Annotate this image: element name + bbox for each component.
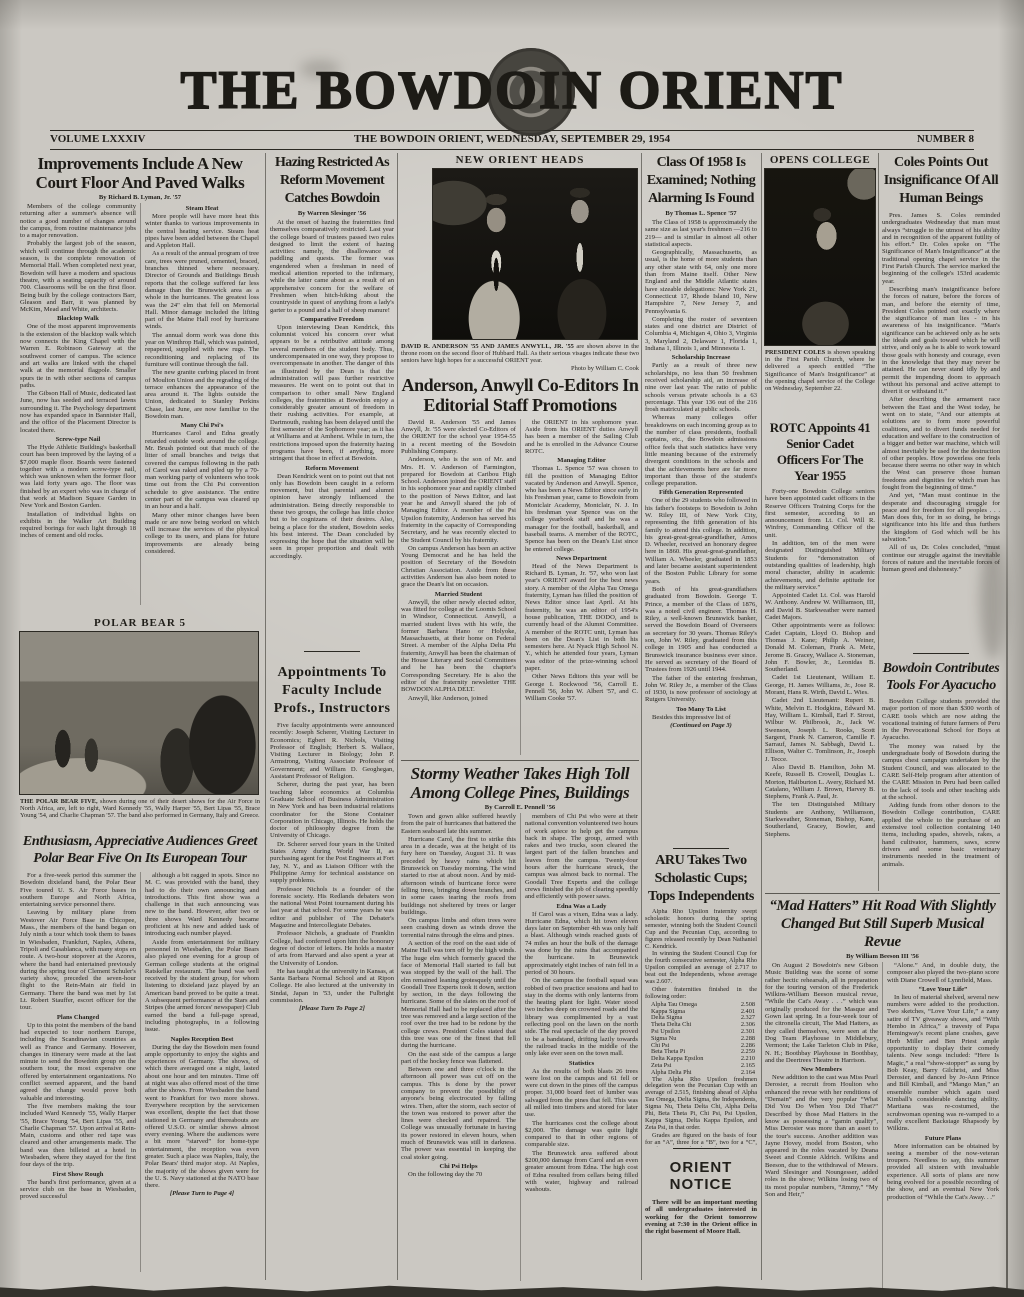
photo-label: OPENS COLLEGE	[765, 154, 875, 166]
article-paragraph: During the day the Bowdoin men found amp…	[145, 1044, 259, 1190]
article-subhead: Many Chi Psi's	[145, 422, 259, 429]
article-paragraph: Scherer, during the past year, has been …	[270, 781, 394, 839]
article-paragraph: Geographically, Massachusetts, as usual,…	[645, 249, 757, 315]
article-paragraph: If Carol was a vixen, Edna was a lady. H…	[525, 911, 638, 977]
caption-text: is shown speaking in the First Parish Ch…	[765, 349, 875, 392]
article-subhead: “Love Your Life”	[887, 986, 999, 993]
article-paragraph: Pres. James S. Coles reminded undergradu…	[882, 212, 1000, 285]
article-paragraph: The band's first performance, given at a…	[20, 1179, 136, 1201]
article-ayacucho: Bowdoin Contributes Tools For Ayacucho B…	[882, 660, 1000, 894]
article-paragraph: In winning the Student Council Cup for t…	[645, 951, 757, 986]
article-paragraph: Anderson, who is the son of Mr. and Mrs.…	[401, 456, 516, 544]
article-paragraph: Partly as a result of three new scholars…	[645, 362, 757, 413]
article-paragraph: The new granite curbing placed in front …	[145, 369, 259, 420]
article-paragraph: On the following day the 70	[401, 1171, 516, 1178]
article-paragraph: Professor Nichols is a founder of the fo…	[270, 886, 394, 930]
article-paragraph: Town and gown alike suffered heavily fro…	[401, 813, 516, 835]
article-paragraph: The five members making the tour include…	[20, 1103, 136, 1169]
article-paragraph: Many other minor changes have been made …	[145, 512, 259, 556]
article-column: Steam HeatMore people will have more hea…	[140, 203, 259, 605]
opens-college-block: OPENS COLLEGE PRESIDENT COLES is shown s…	[765, 154, 875, 392]
article-byline: By William Beeson III '56	[765, 953, 1000, 960]
article-byline: By Thomas L. Spence '57	[645, 210, 757, 217]
article-paragraph: The father of the entering freshman, Joh…	[645, 675, 757, 704]
photo-label: POLAR BEAR 5	[20, 617, 260, 629]
section-divider	[913, 653, 969, 654]
article-column: “Alone.” And, in double duty, the compos…	[882, 962, 999, 1297]
section-divider	[673, 848, 729, 849]
article-subhead: News Department	[525, 555, 638, 562]
article-headline: Class Of 1958 Is Examined; Nothing Alarm…	[645, 154, 757, 208]
article-paragraph: the ORIENT in his sophomore year. Aside …	[525, 419, 638, 455]
article-column: Alpha Rho Upsilon fraternity swept schol…	[645, 909, 757, 1147]
article-paragraph: Also David B. Hamilton, John M. Keefe, R…	[765, 764, 875, 800]
article-paragraph: Between one and three o'clock in the aft…	[401, 1066, 516, 1161]
article-paragraph: Dr. Scherer served four years in the Uni…	[270, 841, 394, 885]
article-paragraph: One of the most apparent improvements is…	[20, 323, 136, 389]
article-subhead: Steam Heat	[145, 205, 259, 212]
article-paragraph: The annual dorm work was done this year …	[145, 332, 259, 368]
article-paragraph: Head of the News Department is Richard B…	[525, 563, 638, 672]
article-paragraph: The Class of 1958 is approximately the s…	[645, 219, 757, 248]
column-rule	[761, 153, 762, 1280]
article-paragraph: Members of the college community returni…	[20, 203, 136, 239]
article-paragraph: Probably the largest job of the season, …	[20, 240, 136, 313]
article-column: Bowdoin College students provided the ma…	[882, 698, 1000, 894]
section-divider	[401, 760, 639, 761]
article-aru-cups: ARU Takes Two Scholastic Cups; Tops Inde…	[645, 848, 757, 1147]
article-paragraph: On August 2 Bowdoin's new Gibson Music B…	[765, 962, 878, 1064]
article-subhead: Married Student	[401, 591, 516, 598]
article-subhead: Future Plans	[887, 1135, 999, 1142]
article-subhead: Chi Psi Helps	[401, 1163, 516, 1170]
article-paragraph: The Gibson Hall of Music, dedicated last…	[20, 390, 136, 434]
photo-caption: DAVID R. ANDERSON '55 AND JAMES ANWYLL, …	[401, 343, 639, 372]
article-subhead: Scholarship Increase	[645, 354, 757, 361]
article-subhead: Naples Reception Best	[145, 1036, 259, 1043]
article-paragraph: The Alpha Rho Upsilon freshmen delegatio…	[645, 1077, 757, 1132]
article-paragraph: Bowdoin College students provided the ma…	[882, 698, 1000, 742]
article-paragraph: Both of his great-grandfathers graduated…	[645, 586, 757, 674]
article-paragraph: Adding funds from other donors to the Bo…	[882, 802, 1000, 868]
article-paragraph: although a bit ragged in spots. Since no…	[145, 872, 259, 938]
article-paragraph: David R. Anderson '55 and James Anwyll, …	[401, 419, 516, 455]
photo-credit: Photo by William C. Cook	[401, 365, 639, 372]
article-subhead: Too Many To List	[645, 706, 757, 713]
article-headline: Anderson, Anwyll Co-Editors In Editorial…	[401, 375, 639, 415]
article-improvements: Improvements Include A New Court Floor A…	[20, 154, 260, 605]
article-column: Five faculty appointments were announced…	[270, 722, 394, 1274]
article-paragraph: As a result of the annual program of tre…	[145, 250, 259, 330]
article-subhead: Edna Was a Lady	[525, 903, 638, 910]
continuation-line: [Please Turn to Page 4]	[145, 1190, 259, 1197]
article-paragraph: Completing the roster of seventeen state…	[645, 316, 757, 352]
article-paragraph: On campus limbs and often trees were see…	[401, 917, 516, 939]
article-paragraph: Appointed Cadet Lt. Col. was Harold W. A…	[765, 592, 875, 621]
article-paragraph: Whereas many colleges offer breakdowns o…	[645, 414, 757, 487]
caption-lead: PRESIDENT COLES	[765, 349, 825, 356]
article-column: members of Chi Psi who were at their nat…	[520, 813, 638, 1281]
article-paragraph: There will be an important meeting of al…	[645, 1199, 757, 1235]
article-byline: By Warren Slesinger '56	[270, 210, 394, 217]
paper-crease	[1006, 430, 1008, 1297]
article-paragraph: On the campus the football squad was rob…	[525, 977, 638, 1057]
article-mad-hatters: “Mad Hatters” Hit Road With Slightly Cha…	[765, 893, 1000, 1297]
paper-stain	[980, 540, 1006, 660]
article-stormy-weather: Stormy Weather Takes High Toll Among Col…	[401, 760, 639, 1281]
article-paragraph: Upon interviewing Dean Kendrick, this co…	[270, 324, 394, 463]
dateline-bar: VOLUME LXXXIV THE BOWDOIN ORIENT, WEDNES…	[50, 133, 974, 145]
polar-bear-five-photo	[20, 632, 258, 794]
article-headline: Bowdoin Contributes Tools For Ayacucho	[882, 660, 1000, 694]
column-rule	[265, 153, 266, 1280]
article-paragraph: On campus Anderson has been an active Yo…	[401, 545, 516, 589]
article-paragraph: members of Chi Psi who were at their nat…	[525, 813, 638, 901]
article-paragraph: Alpha Rho Upsilon fraternity swept schol…	[645, 909, 757, 950]
notice-body: There will be an important meeting of al…	[645, 1199, 757, 1269]
article-paragraph: Dean Kendrick went on to point out that …	[270, 473, 394, 561]
article-subhead: Fifth Generation Represented	[645, 489, 757, 496]
article-subhead: Plans Changed	[20, 1014, 136, 1021]
article-column: At the onset of hazing the fraternities …	[270, 219, 394, 647]
section-divider	[304, 651, 360, 652]
article-headline: Coles Points Out Insignificance Of All H…	[882, 154, 1000, 208]
article-paragraph: Other fraternities finished in the follo…	[645, 987, 757, 1001]
article-paragraph: New addition to the cast was Miss Pearl …	[765, 1074, 878, 1198]
article-paragraph: Cadet 2nd Lieutenant: Rupert B. White, M…	[765, 697, 875, 763]
article-subhead: Blacktop Walk	[20, 315, 136, 322]
article-subhead: Screw-type Nail	[20, 436, 136, 443]
article-paragraph: Forty-one Bowdoin College seniors have b…	[765, 488, 875, 539]
article-paragraph: As the results of both blasts 26 trees w…	[525, 1068, 638, 1119]
article-paragraph: He has taught at the university in Kansa…	[270, 968, 394, 1004]
article-headline: ARU Takes Two Scholastic Cups; Tops Inde…	[645, 852, 757, 906]
article-paragraph: The Hyde Athletic Building's basketball …	[20, 444, 136, 510]
article-column: Town and gown alike suffered heavily fro…	[401, 813, 516, 1281]
article-paragraph: “Alone.” And, in double duty, the compos…	[887, 962, 999, 984]
section-divider	[765, 893, 1000, 894]
article-paragraph: In addition, ten of the men were designa…	[765, 540, 875, 591]
article-paragraph: Besides this impressive list of	[645, 714, 757, 721]
article-column: Forty-one Bowdoin College seniors have b…	[765, 488, 875, 900]
column-rule	[878, 153, 879, 891]
article-paragraph: Hurricane Carol, the first to strike thi…	[401, 836, 516, 916]
article-paragraph: The hurricanes cost the college about $2…	[525, 1120, 638, 1149]
continuation-line: (Continued on Page 3)	[645, 722, 757, 729]
article-paragraph: Anwyll, the other newly elected editor, …	[401, 599, 516, 694]
caption-lead: DAVID R. ANDERSON '55 AND JAMES ANWYLL, …	[401, 343, 574, 350]
article-column: For a five-week period this summer the B…	[20, 872, 136, 1272]
article-rotc: ROTC Appoints 41 Senior Cadet Officers F…	[765, 420, 875, 900]
article-paragraph: More people will have more heat this win…	[145, 213, 259, 249]
article-paragraph: Aside from entertainment for military pe…	[145, 939, 259, 1034]
article-paragraph: Other News Editors this year will be Geo…	[525, 673, 638, 702]
article-paragraph: At the onset of hazing the fraternities …	[270, 219, 394, 314]
article-paragraph: More information can be obtained by seei…	[887, 1143, 999, 1201]
article-paragraph: The Brunswick area suffered about $200,0…	[525, 1150, 638, 1194]
column-rule	[641, 153, 642, 1280]
article-headline: “Mad Hatters” Hit Road With Slightly Cha…	[765, 897, 1000, 951]
photo-caption: PRESIDENT COLES is shown speaking in the…	[765, 349, 875, 392]
article-paragraph: Professor Nichols, a graduate of Frankli…	[270, 930, 394, 966]
article-paragraph: Anwyll, like Anderson, joined	[401, 695, 516, 702]
new-orient-heads-photo	[433, 169, 637, 339]
article-paragraph: The ten Distinguished Military Students …	[765, 801, 875, 837]
article-column: the ORIENT in his sophomore year. Aside …	[520, 419, 638, 755]
article-paragraph: Other appointments were as follows: Cade…	[765, 622, 875, 673]
article-subhead: Comparative Freedom	[270, 316, 394, 323]
column-rule	[397, 153, 398, 1280]
caption-lead: THE POLAR BEAR FIVE,	[20, 798, 98, 805]
newspaper-title: THE BOWDOIN ORIENT	[0, 62, 1024, 118]
section-divider	[673, 1148, 729, 1149]
article-paragraph: For a five-week period this summer the B…	[20, 872, 136, 908]
orient-notice: ORIENT NOTICE There will be an important…	[645, 1148, 757, 1269]
article-paragraph: And yet, “Man must continue in the despe…	[882, 492, 1000, 543]
article-subhead: First Show Rough	[20, 1171, 136, 1178]
article-paragraph: Installation of individual lights on exh…	[20, 511, 136, 540]
article-headline: Hazing Restricted As Reform Movement Cat…	[270, 154, 394, 208]
article-paragraph: One of the 29 students who followed in h…	[645, 497, 757, 585]
article-headline: Enthusiasm, Appreciative Audiences Greet…	[20, 833, 260, 867]
photo-label: NEW ORIENT HEADS	[401, 154, 639, 166]
notice-headline: ORIENT NOTICE	[645, 1159, 757, 1193]
article-anderson-anwyll: NEW ORIENT HEADS DAVID R. ANDERSON '55 A…	[401, 154, 639, 755]
photo-caption: THE POLAR BEAR FIVE, shown during one of…	[20, 798, 260, 820]
article-column: Members of the college community returni…	[20, 203, 136, 605]
article-subhead: Managing Editor	[525, 457, 638, 464]
newspaper-front-page: THE BOWDOIN ORIENT VOLUME LXXXIV THE BOW…	[0, 0, 1024, 1297]
article-subhead: New Members	[765, 1066, 878, 1073]
article-column: On August 2 Bowdoin's new Gibson Music B…	[765, 962, 878, 1297]
president-coles-photo	[765, 169, 875, 345]
polar-bear-photo-block: POLAR BEAR 5 THE POLAR BEAR FIVE, shown …	[20, 617, 260, 820]
article-class-1958: Class Of 1958 Is Examined; Nothing Alarm…	[645, 154, 757, 847]
article-paragraph: Leaving by military plane from Westover …	[20, 909, 136, 1011]
article-headline: ROTC Appoints 41 Senior Cadet Officers F…	[765, 420, 875, 484]
article-paragraph: A section of the roof on the east side o…	[401, 940, 516, 1049]
article-paragraph: After describing the armament race betwe…	[882, 396, 1000, 491]
article-column: David R. Anderson '55 and James Anwyll, …	[401, 419, 516, 755]
article-paragraph: Up to this point the members of the band…	[20, 1022, 136, 1102]
article-paragraph: Grades are figured on the basis of four …	[645, 1133, 757, 1147]
article-paragraph: In lieu of material shelved, several new…	[887, 994, 999, 1133]
article-hazing: Hazing Restricted As Reform Movement Cat…	[270, 154, 394, 652]
article-byline: By Carroll E. Pennell '56	[401, 804, 639, 811]
article-paragraph: Cadet 1st Lieutenant, William E. George,…	[765, 674, 875, 696]
dateline-text: THE BOWDOIN ORIENT, WEDNESDAY, SEPTEMBER…	[50, 133, 974, 145]
article-paragraph: Five faculty appointments were announced…	[270, 722, 394, 780]
article-headline: Stormy Weather Takes High Toll Among Col…	[401, 764, 639, 802]
article-headline: Improvements Include A New Court Floor A…	[20, 154, 260, 192]
continuation-line: [Please Turn To Page 2]	[270, 1005, 394, 1012]
article-headline: Appointments To Faculty Include Profs., …	[270, 664, 394, 718]
article-column: although a bit ragged in spots. Since no…	[140, 872, 259, 1272]
article-polar-bear-tour: Enthusiasm, Appreciative Audiences Greet…	[20, 833, 260, 1272]
article-subhead: Reform Movement	[270, 465, 394, 472]
masthead-rule-bottom	[50, 149, 974, 150]
article-paragraph: Describing man's insignificance before t…	[882, 286, 1000, 395]
article-paragraph: The money was raised by the undergraduat…	[882, 743, 1000, 801]
article-paragraph: On the east side of the campus a large p…	[401, 1051, 516, 1066]
article-subhead: Statistics	[525, 1060, 638, 1067]
article-column: The Class of 1958 is approximately the s…	[645, 219, 757, 847]
article-paragraph: Thomas L. Spence '57 was chosen to fill …	[525, 465, 638, 553]
article-byline: By Richard B. Lyman, Jr. '57	[20, 194, 260, 201]
article-faculty-appointments: Appointments To Faculty Include Profs., …	[270, 664, 394, 1274]
article-paragraph: Hurricanes Carol and Edna greatly retard…	[145, 430, 259, 510]
